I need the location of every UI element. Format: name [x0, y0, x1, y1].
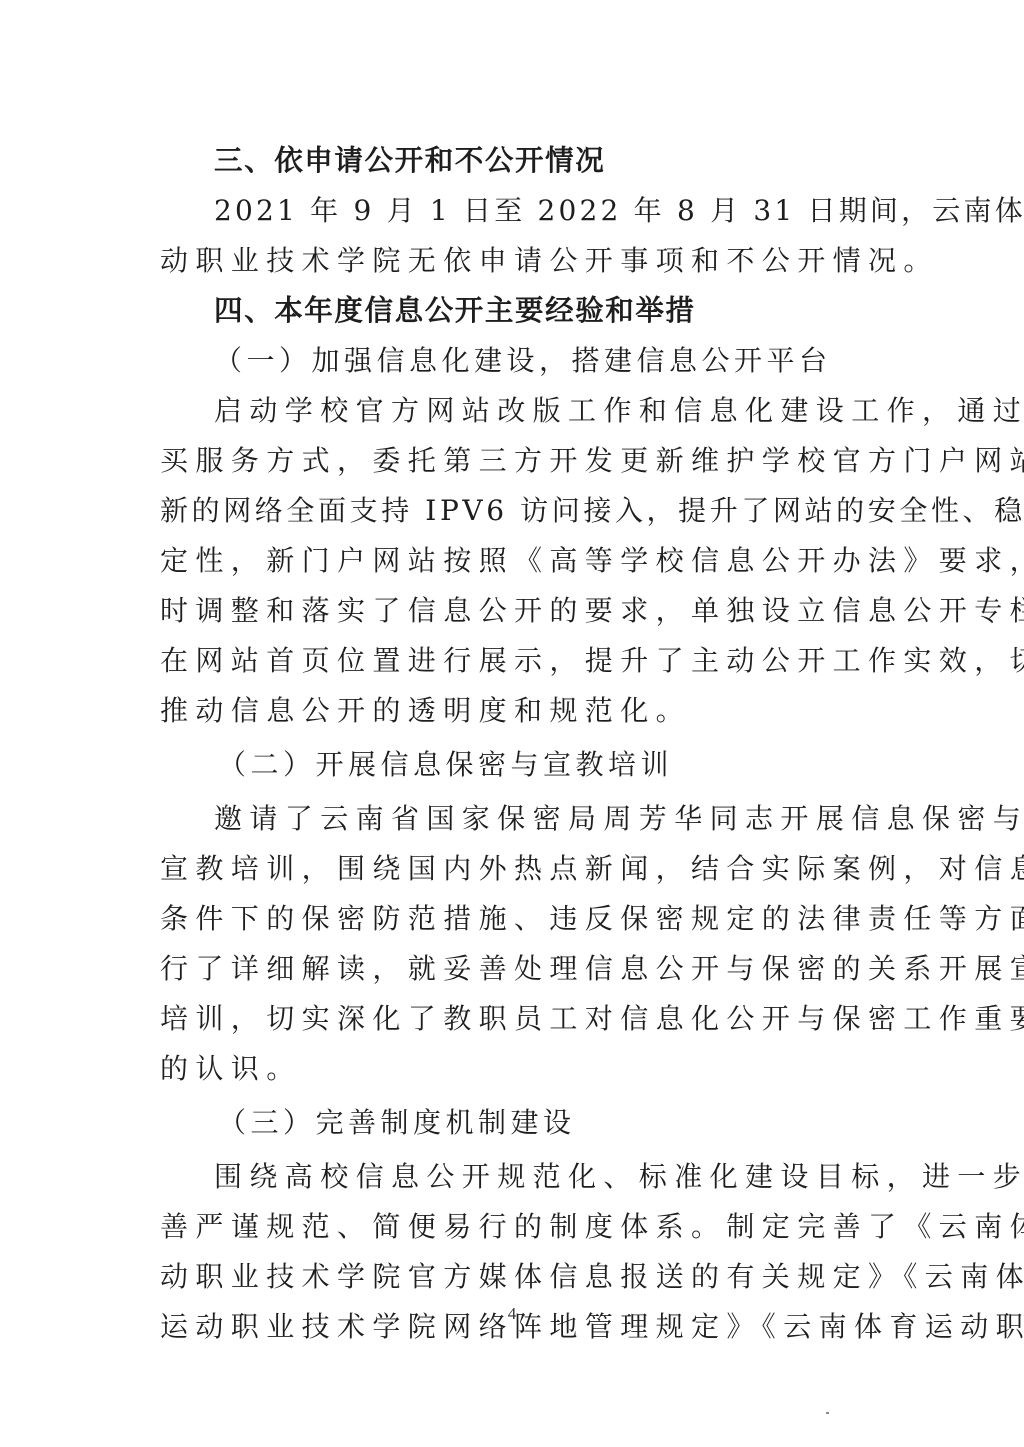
paragraph-line: 的认识。: [160, 1044, 872, 1094]
subsection-heading-2: （二）开展信息保密与宣教培训: [160, 740, 872, 790]
paragraph-line: 动职业技术学院官方媒体信息报送的有关规定》《云南体育: [160, 1252, 872, 1302]
subsection-heading-1: （一）加强信息化建设，搭建信息公开平台: [160, 336, 872, 386]
paragraph-line: 推动信息公开的透明度和规范化。: [160, 686, 872, 736]
paragraph-line: 定性，新门户网站按照《高等学校信息公开办法》要求，及: [160, 536, 872, 586]
paragraph-line: 启动学校官方网站改版工作和信息化建设工作，通过购: [160, 386, 872, 436]
document-page: 三、依申请公开和不公开情况 2021 年 9 月 1 日至 2022 年 8 月…: [160, 136, 872, 1352]
paragraph-line: 围绕高校信息公开规范化、标准化建设目标，进一步完: [160, 1152, 872, 1202]
page-number: 4: [0, 1304, 1024, 1324]
paragraph-line: 动职业技术学院无依申请公开事项和不公开情况。: [160, 236, 872, 286]
paragraph-line: 邀请了云南省国家保密局周芳华同志开展信息保密与: [160, 794, 872, 844]
paragraph-line: 新的网络全面支持 IPV6 访问接入，提升了网站的安全性、稳: [160, 486, 872, 536]
paragraph-line: 条件下的保密防范措施、违反保密规定的法律责任等方面进: [160, 894, 872, 944]
paragraph-line: 善严谨规范、简便易行的制度体系。制定完善了《云南体运: [160, 1202, 872, 1252]
paragraph-line: 培训，切实深化了教职员工对信息化公开与保密工作重要性: [160, 994, 872, 1044]
section-heading-3: 三、依申请公开和不公开情况: [160, 136, 872, 186]
paragraph-line: 时调整和落实了信息公开的要求，单独设立信息公开专栏，: [160, 586, 872, 636]
paragraph-line: 宣教培训，围绕国内外热点新闻，结合实际案例，对信息化: [160, 844, 872, 894]
paragraph-line: 买服务方式，委托第三方开发更新维护学校官方门户网站，: [160, 436, 872, 486]
scan-artifact: [826, 1412, 829, 1414]
paragraph-line: 2021 年 9 月 1 日至 2022 年 8 月 31 日期间，云南体育运: [160, 186, 872, 236]
section-heading-4: 四、本年度信息公开主要经验和举措: [160, 286, 872, 336]
paragraph-line: 在网站首页位置进行展示，提升了主动公开工作实效，切实: [160, 636, 872, 686]
paragraph-line: 行了详细解读，就妥善处理信息公开与保密的关系开展宣教: [160, 944, 872, 994]
subsection-heading-3: （三）完善制度机制建设: [160, 1098, 872, 1148]
